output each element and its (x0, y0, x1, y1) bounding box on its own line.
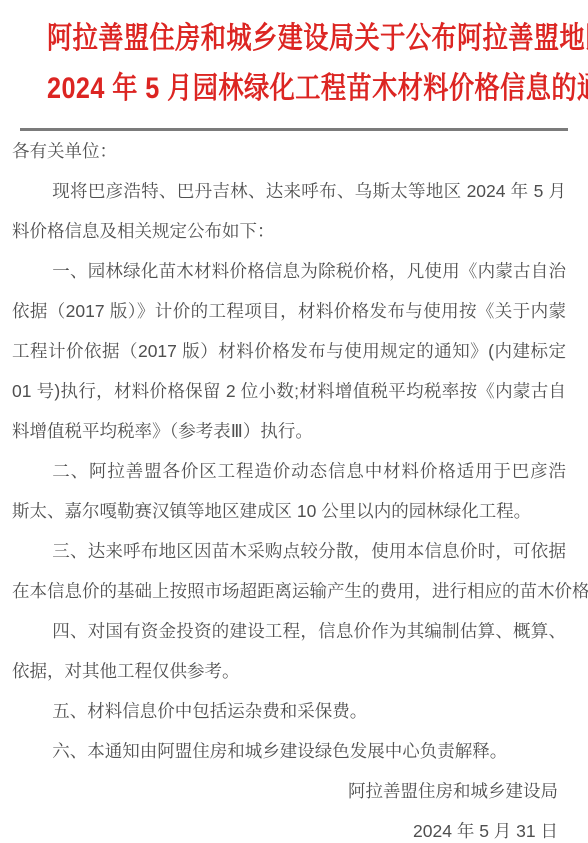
body-line: 现将巴彦浩特、巴丹吉林、达来呼布、乌斯太等地区 2024 年 5 月园林绿化苗木… (12, 171, 566, 211)
notice-document: 阿拉善盟住房和城乡建设局关于公布阿拉善盟地区 2024 年 5 月园林绿化工程苗… (0, 0, 588, 843)
body-line: 各有关单位： (12, 131, 566, 171)
body-line: 依据（2017 版）》计价的工程项目，材料价格发布与使用按《关于内蒙古自治区建设 (12, 291, 566, 331)
body-line: 三、达来呼布地区因苗木采购点较分散，使用本信息价时，可依据苗木运输距离， (12, 531, 566, 571)
title-line-2: 2024 年 5 月园林绿化工程苗木材料价格信息的通 (47, 64, 541, 114)
body-line: 斯太、嘉尔嘎勒赛汉镇等地区建成区 10 公里以内的园林绿化工程。 (12, 491, 566, 531)
body-line: 01 号)执行，材料价格保留 2 位小数;材料增值税平均税率按《内蒙古自治区建设… (12, 371, 566, 411)
body-line: 依据，对其他工程仅供参考。 (12, 651, 566, 691)
document-title: 阿拉善盟住房和城乡建设局关于公布阿拉善盟地区 2024 年 5 月园林绿化工程苗… (0, 0, 588, 114)
body-line: 四、对国有资金投资的建设工程，信息价作为其编制估算、概算、最高投标限价的 (12, 611, 566, 651)
body-line: 在本信息价的基础上按照市场超距离运输产生的费用，进行相应的苗木价格调整。 (12, 571, 566, 611)
body-line: 料增值税平均税率》（参考表Ⅲ）执行。 (12, 411, 566, 451)
body-line: 一、园林绿化苗木材料价格信息为除税价格，凡使用《内蒙古自治区建设工程计价 (12, 251, 566, 291)
title-line-1: 阿拉善盟住房和城乡建设局关于公布阿拉善盟地区 (47, 14, 541, 64)
body-line: 二、阿拉善盟各价区工程造价动态信息中材料价格适用于巴彦浩特、巴丹吉林、乌 (12, 451, 566, 491)
body-line: 六、本通知由阿盟住房和城乡建设绿色发展中心负责解释。 (12, 731, 566, 771)
signature-org: 阿拉善盟住房和城乡建设局 (0, 771, 588, 811)
body-line: 工程计价依据（2017 版）材料价格发布与使用规定的通知》(内建标定总字〔201… (12, 331, 566, 371)
body-line: 料价格信息及相关规定公布如下： (12, 211, 566, 251)
notice-body: 各有关单位：现将巴彦浩特、巴丹吉林、达来呼布、乌斯太等地区 2024 年 5 月… (0, 131, 588, 771)
body-line: 五、材料信息价中包括运杂费和采保费。 (12, 691, 566, 731)
signature-date: 2024 年 5 月 31 日 (0, 811, 588, 843)
